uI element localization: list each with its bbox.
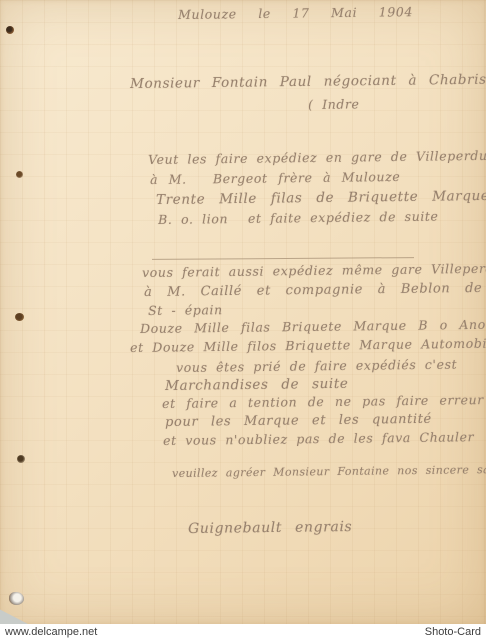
paper-stain-top bbox=[6, 26, 14, 34]
delcampe-watermark: www.delcampe.net bbox=[0, 624, 102, 640]
body-line-14: et vous n'oubliez pas de les fava Chaule… bbox=[163, 429, 474, 448]
body-line-3: Trente Mille filas de Briquette Marque bbox=[156, 188, 486, 208]
punch-hole-upper bbox=[16, 171, 23, 178]
body-line-2: à M. Bergeot frère à Mulouze bbox=[150, 169, 400, 187]
recipient-department: ( Indre bbox=[308, 96, 360, 112]
shotocard-watermark: Shoto-Card bbox=[420, 624, 486, 640]
torn-corner-bottom-left bbox=[0, 607, 28, 624]
letter-photo: Mulouze le 17 Mai 1904 Monsieur Fontain … bbox=[0, 0, 486, 640]
body-line-11: Marchandises de suite bbox=[165, 376, 348, 394]
recipient-line: Monsieur Fontain Paul négociant à Chabri… bbox=[130, 72, 486, 92]
aged-paper-sheet: Mulouze le 17 Mai 1904 Monsieur Fontain … bbox=[0, 0, 486, 624]
body-line-1: Veut les faire expédiez en gare de Ville… bbox=[148, 148, 486, 167]
body-line-9: et Douze Mille filos Briquette Marque Au… bbox=[130, 335, 486, 355]
date-line: Mulouze le 17 Mai 1904 bbox=[178, 4, 413, 22]
torn-hole-bottom bbox=[9, 592, 24, 605]
pencil-separator-line bbox=[152, 257, 414, 260]
punch-hole-lower bbox=[17, 455, 25, 463]
body-line-6: à M. Caillé et compagnie à Beblon de bbox=[144, 281, 482, 300]
closing-salutation-line: veuillez agréer Monsieur Fontaine nos si… bbox=[172, 463, 486, 480]
punch-hole-middle bbox=[15, 313, 24, 321]
watermark-bar: www.delcampe.net Shoto-Card bbox=[0, 624, 486, 640]
body-line-8: Douze Mille filas Briquete Marque B o An… bbox=[140, 317, 486, 336]
body-line-12: et faire a tention de ne pas faire erreu… bbox=[162, 392, 484, 411]
body-line-5: vous ferait aussi expédiez même gare Vil… bbox=[142, 260, 486, 280]
body-line-7: St - épain bbox=[148, 302, 223, 318]
body-line-10: vous êtes prié de faire expédiés c'est bbox=[176, 357, 457, 375]
body-line-13: pour les Marque et les quantité bbox=[165, 412, 432, 430]
body-line-4: B. o. lion et faite expédiez de suite bbox=[158, 209, 439, 227]
signature-line: Guignebault engrais bbox=[188, 519, 352, 537]
